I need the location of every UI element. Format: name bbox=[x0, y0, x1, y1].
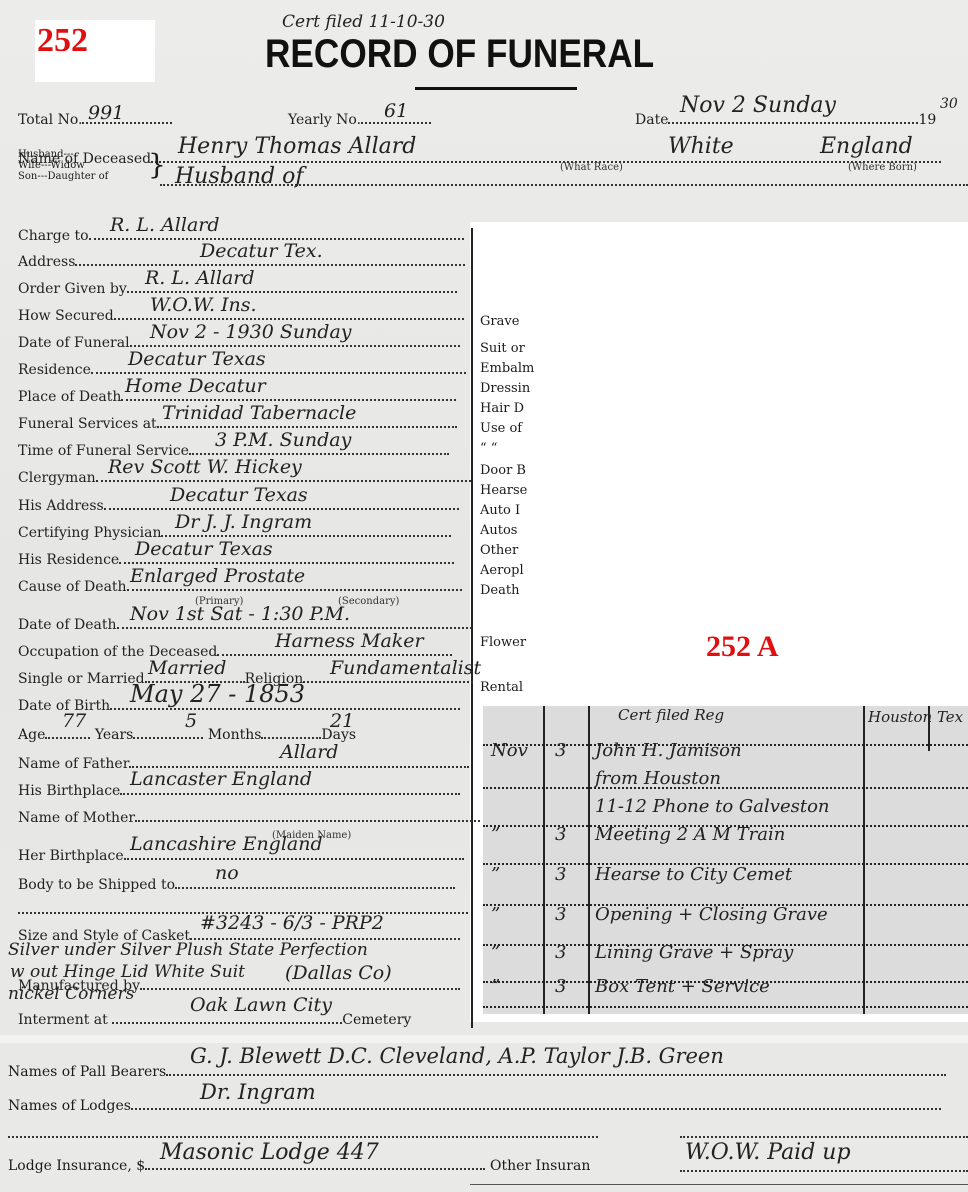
race-caption: (What Race) bbox=[560, 162, 623, 173]
body-shipped-to-value: no bbox=[215, 862, 239, 884]
ledger-entry: from Houston bbox=[595, 768, 721, 789]
date-year-prefix: 19 bbox=[918, 112, 936, 128]
his-address-label: His Address bbox=[18, 498, 104, 514]
father-name-value: Allard bbox=[280, 741, 338, 763]
lodges-label: Names of Lodges bbox=[8, 1098, 131, 1114]
age-days-value: 21 bbox=[330, 710, 354, 732]
father-birthplace-value: Lancaster England bbox=[130, 768, 312, 790]
address-label: Address bbox=[18, 254, 75, 270]
date-of-funeral-label: Date of Funeral bbox=[18, 335, 130, 351]
ledger-month: ” bbox=[491, 824, 500, 845]
relation-label-wife: Wife---Widow bbox=[18, 160, 108, 171]
charge-item-label: Other bbox=[480, 543, 518, 558]
blank-dotline bbox=[680, 1136, 968, 1138]
place-of-death-label: Place of Death bbox=[18, 389, 121, 405]
charge-item-label: Hearse bbox=[480, 483, 527, 498]
footer-separator bbox=[0, 1035, 968, 1043]
certifying-physician-value: Dr J. J. Ingram bbox=[175, 511, 312, 533]
title-underline bbox=[415, 87, 577, 90]
lodge-insurance-value: Masonic Lodge 447 bbox=[160, 1140, 379, 1165]
cut-off-row bbox=[470, 1184, 968, 1192]
other-insurance-dotline bbox=[680, 1170, 968, 1172]
pall-bearers-value: G. J. Blewett D.C. Cleveland, A.P. Taylo… bbox=[190, 1044, 724, 1068]
total-no-value: 991 bbox=[88, 102, 124, 124]
occupation-value: Harness Maker bbox=[275, 630, 424, 652]
date-year-value: 30 bbox=[940, 96, 958, 112]
ledger-month: ” bbox=[491, 942, 500, 963]
interment-value: Oak Lawn City bbox=[190, 994, 332, 1016]
ledger-entry: 11-12 Phone to Galveston bbox=[595, 796, 830, 817]
date-label: Date bbox=[635, 112, 668, 128]
lodge-insurance-label: Lodge Insurance, $ bbox=[8, 1158, 145, 1174]
relation-label-husband: Husband--- bbox=[18, 149, 108, 160]
how-secured-value: W.O.W. Ins. bbox=[150, 294, 257, 316]
maiden-name-caption: (Maiden Name) bbox=[272, 830, 351, 841]
charge-item-label: Use of bbox=[480, 421, 522, 436]
manufactured-by-value: (Dallas Co) bbox=[285, 962, 392, 984]
where-born-caption: (Where Born) bbox=[848, 162, 917, 173]
other-insurance-value: W.O.W. Paid up bbox=[685, 1140, 851, 1165]
residence-label: Residence bbox=[18, 362, 91, 378]
pall-bearers-label: Names of Pall Bearers bbox=[8, 1064, 166, 1080]
casket-note: Silver under Silver Plush State Perfecti… bbox=[8, 940, 368, 960]
ledger-month: ” bbox=[491, 904, 500, 925]
his-address-value: Decatur Texas bbox=[170, 484, 308, 506]
his-residence-value: Decatur Texas bbox=[135, 538, 273, 560]
ledger-entry: Meeting 2 A M Train bbox=[595, 824, 785, 845]
ledger-entry: Hearse to City Cemet bbox=[595, 864, 792, 885]
ledger-col-divider bbox=[588, 706, 590, 1014]
ledger-col-divider bbox=[863, 706, 865, 1014]
charge-item-label: “ “ bbox=[480, 441, 497, 456]
charge-item-label: Grave bbox=[480, 314, 519, 329]
charge-to-label: Charge to bbox=[18, 228, 89, 244]
yearly-no-label: Yearly No. bbox=[288, 112, 361, 128]
age-months-value: 5 bbox=[185, 710, 197, 732]
yearly-no-field: Yearly No. bbox=[288, 112, 431, 128]
place-of-death-value: Home Decatur bbox=[125, 375, 266, 397]
marital-status-value: Married bbox=[148, 657, 226, 679]
residence-value: Decatur Texas bbox=[128, 348, 266, 370]
ledger-day: 3 bbox=[555, 824, 566, 845]
casket-value: #3243 - 6/3 - PRP2 bbox=[200, 912, 384, 934]
his-residence-label: His Residence bbox=[18, 552, 119, 568]
order-given-by-label: Order Given by bbox=[18, 281, 127, 297]
ledger-entry: Opening + Closing Grave bbox=[595, 904, 828, 925]
funeral-services-at-value: Trinidad Tabernacle bbox=[162, 402, 356, 424]
charge-item-label: Embalm bbox=[480, 361, 534, 376]
secondary-caption: (Secondary) bbox=[338, 596, 399, 607]
relation-brace: } bbox=[148, 148, 166, 182]
document-title: RECORD OF FUNERAL bbox=[265, 32, 654, 77]
address-value: Decatur Tex. bbox=[200, 240, 323, 262]
charge-item-label: Door B bbox=[480, 463, 526, 478]
race-value: White bbox=[668, 134, 734, 159]
lodges-field: Names of Lodges bbox=[8, 1098, 941, 1114]
cause-of-death-label: Cause of Death bbox=[18, 579, 127, 595]
charge-to-value: R. L. Allard bbox=[110, 214, 220, 236]
ledger-day: 3 bbox=[555, 942, 566, 963]
ledger-month: ” bbox=[491, 976, 500, 997]
ledger-corner-note: Houston Tex bbox=[868, 708, 963, 726]
religion-value: Fundamentalist bbox=[330, 657, 481, 679]
date-value: Nov 2 Sunday bbox=[680, 93, 836, 118]
funeral-record-page: 252 Cert filed 11-10-30 RECORD OF FUNERA… bbox=[0, 0, 968, 1192]
date-of-funeral-value: Nov 2 - 1930 Sunday bbox=[150, 321, 352, 343]
charge-item-label: Dressin bbox=[480, 381, 530, 396]
ledger-entry: Box Tent + Service bbox=[595, 976, 770, 997]
birthplace-country-value: England bbox=[820, 134, 913, 159]
deceased-name-value: Henry Thomas Allard bbox=[178, 134, 416, 159]
clergyman-label: Clergyman bbox=[18, 470, 96, 486]
date-of-death-label: Date of Death bbox=[18, 617, 117, 633]
yearly-no-value: 61 bbox=[384, 100, 408, 122]
age-years-value: 77 bbox=[62, 710, 86, 732]
ledger-entry: John H. Jamison bbox=[595, 740, 742, 761]
mother-name-field: Name of Mother bbox=[18, 810, 480, 826]
inset-reference-number: 252 A bbox=[706, 630, 779, 664]
other-insurance-label: Other Insuran bbox=[490, 1158, 590, 1174]
lodges-value: Dr. Ingram bbox=[200, 1080, 316, 1104]
relation-labels: Husband--- Wife---Widow Son---Daughter o… bbox=[18, 149, 108, 182]
ledger-header-note: Cert filed Reg bbox=[618, 706, 724, 724]
total-no-label: Total No. bbox=[18, 112, 82, 128]
manufactured-by-field: Manufactured by bbox=[18, 978, 460, 994]
ledger-month: Nov bbox=[491, 740, 528, 761]
charge-item-label: Aeropl bbox=[480, 563, 524, 578]
ledger-month: ” bbox=[491, 864, 500, 885]
ledger-entry: Lining Grave + Spray bbox=[595, 942, 793, 963]
ledger-col-divider bbox=[543, 706, 545, 1014]
ledger-day: 3 bbox=[555, 864, 566, 885]
time-of-funeral-service-value: 3 P.M. Sunday bbox=[215, 429, 351, 451]
ledger-day: 3 bbox=[555, 740, 566, 761]
charge-item-label: Auto I bbox=[480, 503, 520, 518]
ledger-day: 3 bbox=[555, 976, 566, 997]
ledger-dotline bbox=[483, 787, 968, 789]
charge-item-label: Autos bbox=[480, 523, 517, 538]
funeral-services-at-label: Funeral Services at bbox=[18, 416, 157, 432]
charge-item-label: Rental bbox=[480, 680, 523, 695]
relation-label-son: Son---Daughter of bbox=[18, 171, 108, 182]
how-secured-label: How Secured bbox=[18, 308, 114, 324]
charge-item-label: Death bbox=[480, 583, 519, 598]
certificate-filed-note: Cert filed 11-10-30 bbox=[282, 12, 445, 32]
charge-item-label: Hair D bbox=[480, 401, 524, 416]
ledger-day: 3 bbox=[555, 904, 566, 925]
date-of-birth-value: May 27 - 1853 bbox=[130, 680, 305, 708]
relation-value: Husband of bbox=[175, 164, 303, 189]
charge-item-label: Flower bbox=[480, 635, 526, 650]
ledger-inset: Cert filed Reg Houston Tex Nov3John H. J… bbox=[483, 706, 968, 1014]
order-given-by-value: R. L. Allard bbox=[145, 267, 255, 289]
cause-of-death-value: Enlarged Prostate bbox=[130, 565, 305, 587]
reference-number: 252 bbox=[35, 20, 155, 82]
primary-caption: (Primary) bbox=[195, 596, 243, 607]
charge-item-label: Suit or bbox=[480, 341, 525, 356]
ledger-dotline bbox=[483, 1006, 968, 1008]
blank-dotline bbox=[8, 1136, 598, 1138]
clergyman-value: Rev Scott W. Hickey bbox=[108, 456, 302, 478]
